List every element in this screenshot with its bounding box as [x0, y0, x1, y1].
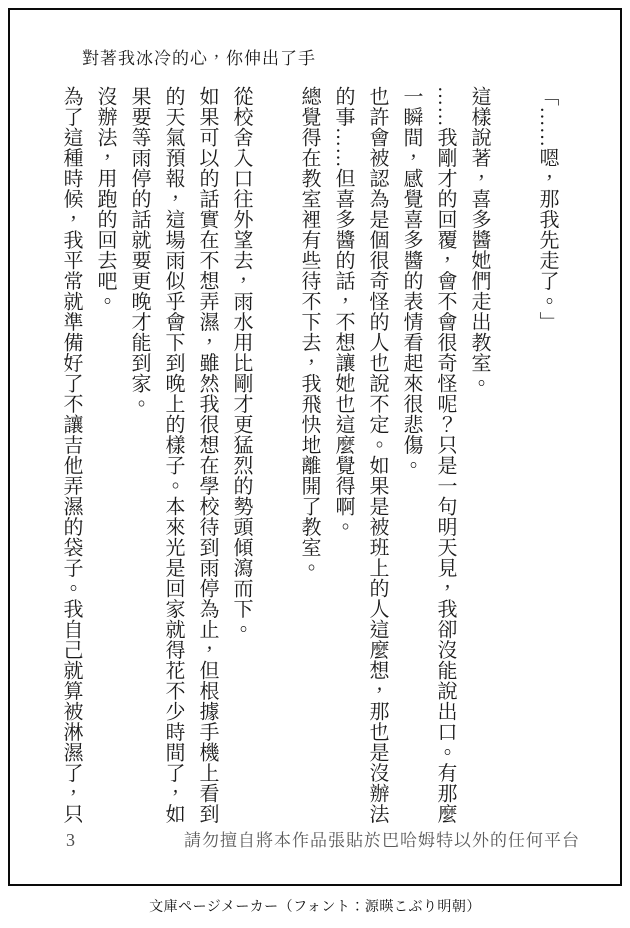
- running-title: 對著我冰冷的心，你伸出了手: [82, 44, 316, 69]
- body-paragraph: 為了這種時候，我平常就準備好了不讓吉他弄濕的袋子。我自己就算被淋濕了，只: [54, 86, 88, 826]
- vertical-body-text: 「……嗯，那我先走了。」 這樣說著，喜多醬她們走出教室。 ……我剛才的回覆，會不…: [54, 86, 564, 826]
- page-number: 3: [66, 830, 75, 851]
- body-paragraph: 總覺得在教室裡有些待不下去，我飛快地離開了教室。: [292, 86, 326, 826]
- copyright-notice: 請勿擅自將本作品張貼於巴哈姆特以外的任何平台: [184, 826, 580, 851]
- body-paragraph: 也許會被認為是個很奇怪的人也說不定。如果是被班上的人這麼想，那也是沒辦法的事………: [326, 86, 394, 826]
- body-paragraph: 「……嗯，那我先走了。」: [530, 86, 564, 826]
- book-page-frame: 對著我冰冷的心，你伸出了手 「……嗯，那我先走了。」 這樣說著，喜多醬她們走出教…: [8, 8, 622, 886]
- body-paragraph: ……我剛才的回覆，會不會很奇怪呢？只是一句明天見，我卻沒能說出口。有那麼一瞬間，…: [394, 86, 462, 826]
- screenshot-canvas: 對著我冰冷的心，你伸出了手 「……嗯，那我先走了。」 這樣說著，喜多醬她們走出教…: [0, 0, 630, 928]
- page-footer-row: 3 請勿擅自將本作品張貼於巴哈姆特以外的任何平台: [66, 826, 580, 851]
- generator-caption: 文庫ページメーカー（フォント：源暎こぶり明朝）: [0, 896, 630, 916]
- body-paragraph: 這樣說著，喜多醬她們走出教室。: [462, 86, 496, 826]
- body-paragraph: 從校舍入口往外望去，雨水用比剛才更猛烈的勢頭傾瀉而下。: [224, 86, 258, 826]
- body-paragraph: 沒辦法，用跑的回去吧。: [88, 86, 122, 826]
- body-paragraph: 如果可以的話實在不想弄濕，雖然我很想在學校待到雨停為止，但根據手機上看到的天氣預…: [122, 86, 224, 826]
